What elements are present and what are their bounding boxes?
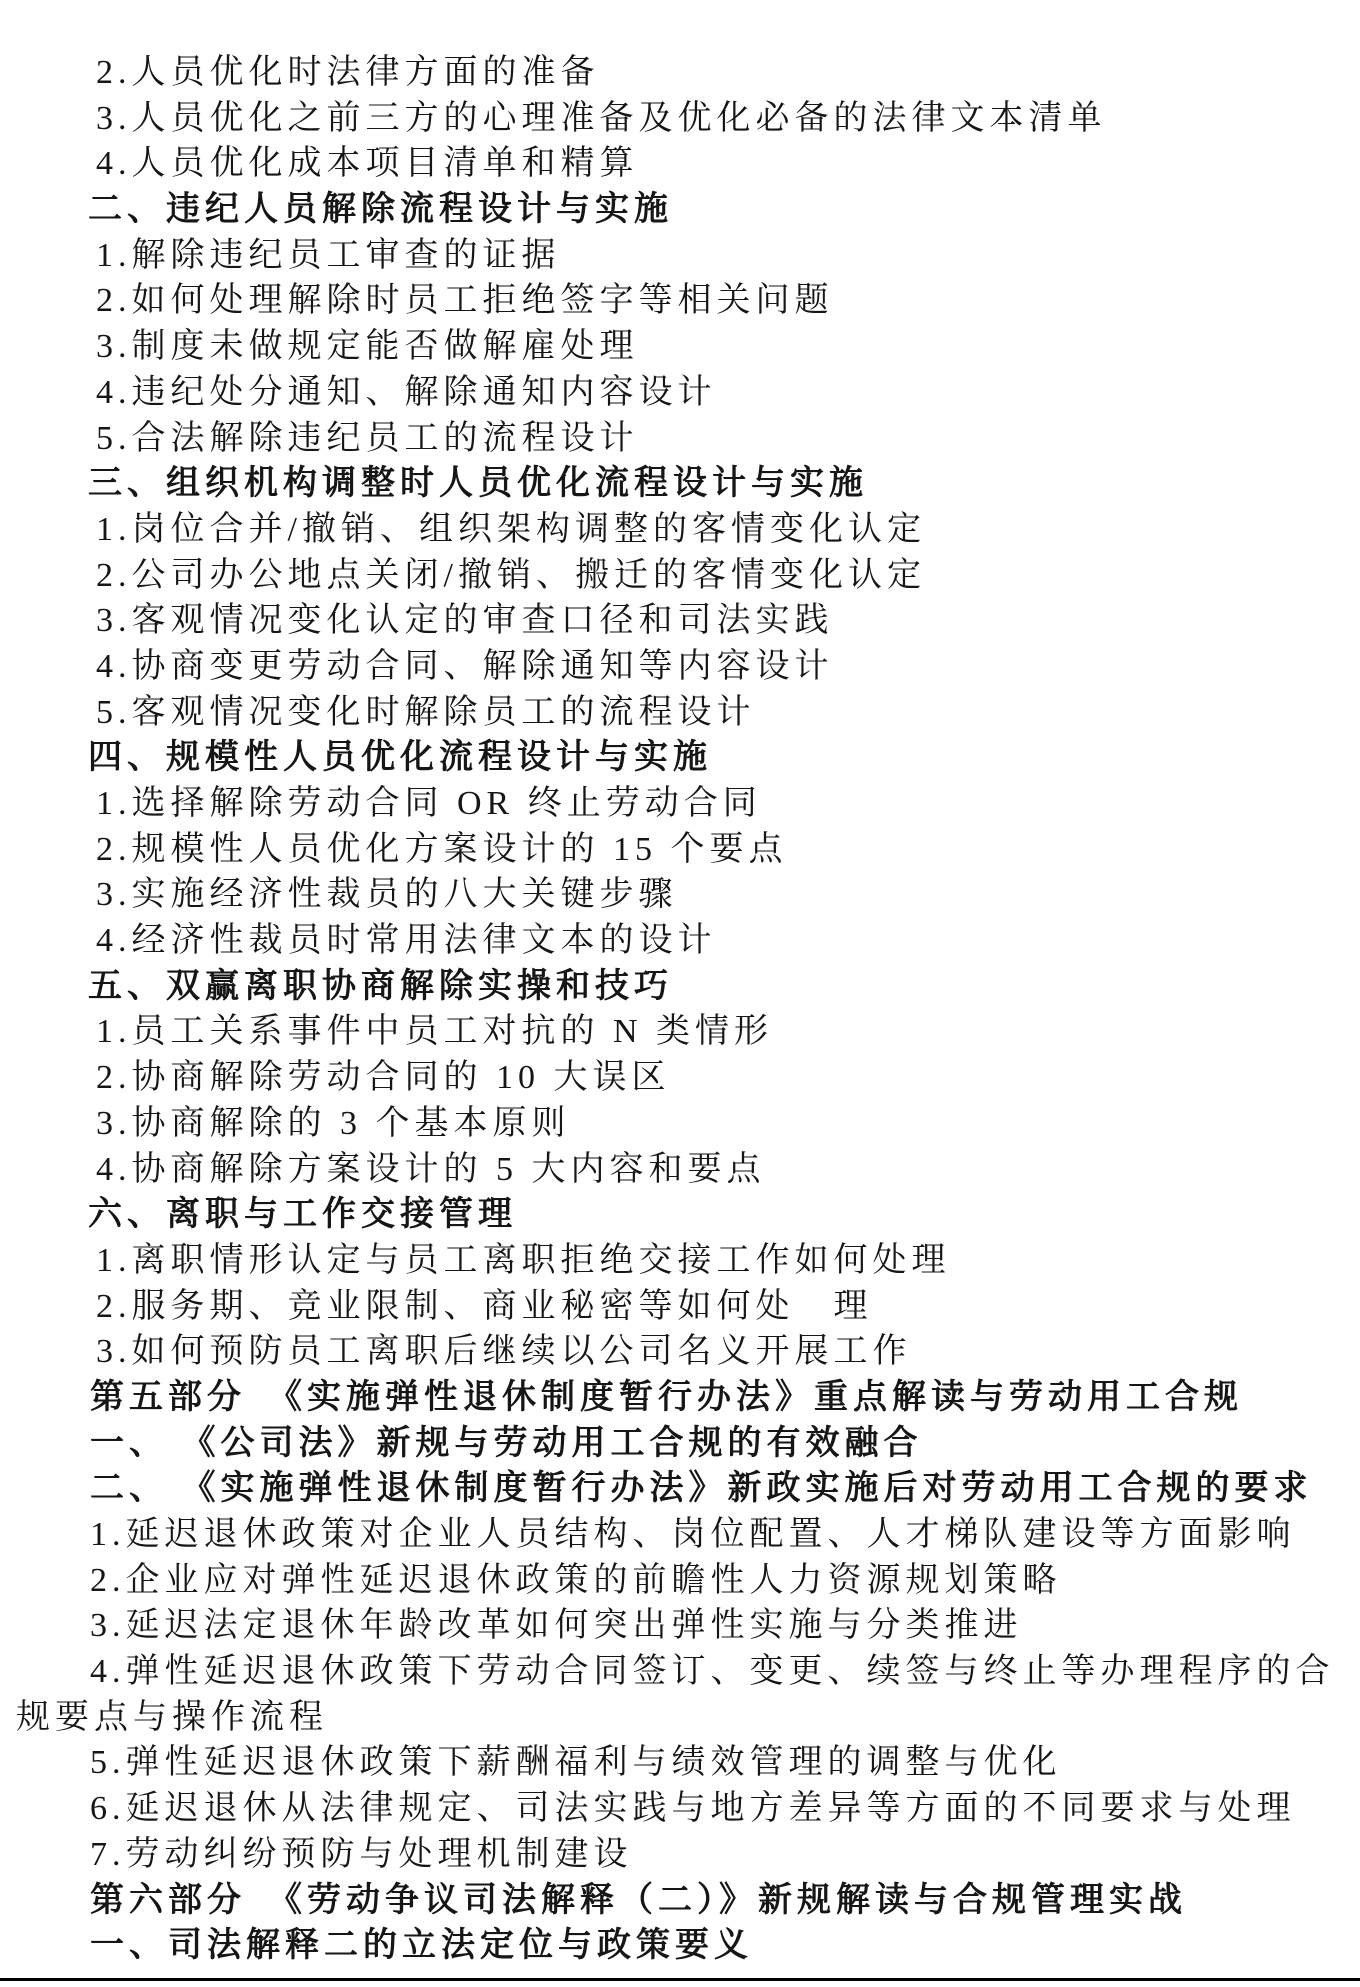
text-line: 1.解除违纪员工审查的证据 — [0, 233, 1360, 279]
text-line: 4.违纪处分通知、解除通知内容设计 — [0, 370, 1360, 416]
text-line: 3.人员优化之前三方的心理准备及优化必备的法律文本清单 — [0, 96, 1360, 142]
text-line: 3.实施经济性裁员的八大关键步骤 — [0, 872, 1360, 918]
text-line: 4.协商变更劳动合同、解除通知等内容设计 — [0, 644, 1360, 690]
text-line: 一、 《公司法》新规与劳动用工合规的有效融合 — [0, 1421, 1360, 1467]
text-line: 5.弹性延迟退休政策下薪酬福利与绩效管理的调整与优化 — [0, 1740, 1360, 1786]
text-line: 3.如何预防员工离职后继续以公司名义开展工作 — [0, 1329, 1360, 1375]
text-line: 五、双赢离职协商解除实操和技巧 — [0, 964, 1360, 1010]
text-line: 1.延迟退休政策对企业人员结构、岗位配置、人才梯队建设等方面影响 — [0, 1512, 1360, 1558]
text-line: 二、违纪人员解除流程设计与实施 — [0, 187, 1360, 233]
text-line: 1.选择解除劳动合同 OR 终止劳动合同 — [0, 781, 1360, 827]
text-line: 六、离职与工作交接管理 — [0, 1192, 1360, 1238]
footer-divider — [0, 1978, 1360, 1981]
text-line: 3.协商解除的 3 个基本原则 — [0, 1101, 1360, 1147]
text-line: 4.弹性延迟退休政策下劳动合同签订、变更、续签与终止等办理程序的合 — [0, 1649, 1360, 1695]
text-line: 7.劳动纠纷预防与处理机制建设 — [0, 1832, 1360, 1878]
text-line: 3.客观情况变化认定的审查口径和司法实践 — [0, 598, 1360, 644]
text-line: 一、司法解释二的立法定位与政策要义 — [0, 1923, 1360, 1969]
document-body: 2.人员优化时法律方面的准备3.人员优化之前三方的心理准备及优化必备的法律文本清… — [0, 50, 1360, 1969]
text-line: 6.延迟退休从法律规定、司法实践与地方差异等方面的不同要求与处理 — [0, 1786, 1360, 1832]
text-line: 4.协商解除方案设计的 5 大内容和要点 — [0, 1147, 1360, 1193]
text-line: 4.人员优化成本项目清单和精算 — [0, 141, 1360, 187]
text-line: 二、 《实施弹性退休制度暂行办法》新政实施后对劳动用工合规的要求 — [0, 1466, 1360, 1512]
text-line: 规要点与操作流程 — [0, 1695, 1360, 1741]
text-line: 3.制度未做规定能否做解雇处理 — [0, 324, 1360, 370]
text-line: 四、规模性人员优化流程设计与实施 — [0, 735, 1360, 781]
text-line: 2.公司办公地点关闭/撤销、搬迁的客情变化认定 — [0, 553, 1360, 599]
text-line: 第五部分 《实施弹性退休制度暂行办法》重点解读与劳动用工合规 — [0, 1375, 1360, 1421]
text-line: 1.岗位合并/撤销、组织架构调整的客情变化认定 — [0, 507, 1360, 553]
text-line: 2.如何处理解除时员工拒绝签字等相关问题 — [0, 278, 1360, 324]
text-line: 三、组织机构调整时人员优化流程设计与实施 — [0, 461, 1360, 507]
text-line: 2.协商解除劳动合同的 10 大误区 — [0, 1055, 1360, 1101]
text-line: 2.规模性人员优化方案设计的 15 个要点 — [0, 827, 1360, 873]
text-line: 5.客观情况变化时解除员工的流程设计 — [0, 690, 1360, 736]
text-line: 3.延迟法定退休年龄改革如何突出弹性实施与分类推进 — [0, 1603, 1360, 1649]
text-line: 1.员工关系事件中员工对抗的 N 类情形 — [0, 1009, 1360, 1055]
text-line: 1.离职情形认定与员工离职拒绝交接工作如何处理 — [0, 1238, 1360, 1284]
text-line: 2.人员优化时法律方面的准备 — [0, 50, 1360, 96]
text-line: 2.企业应对弹性延迟退休政策的前瞻性人力资源规划策略 — [0, 1558, 1360, 1604]
text-line: 5.合法解除违纪员工的流程设计 — [0, 416, 1360, 462]
document-page: 2.人员优化时法律方面的准备3.人员优化之前三方的心理准备及优化必备的法律文本清… — [0, 0, 1360, 1987]
text-line: 4.经济性裁员时常用法律文本的设计 — [0, 918, 1360, 964]
text-line: 2.服务期、竞业限制、商业秘密等如何处 理 — [0, 1284, 1360, 1330]
text-line: 第六部分 《劳动争议司法解释（二）》新规解读与合规管理实战 — [0, 1878, 1360, 1924]
